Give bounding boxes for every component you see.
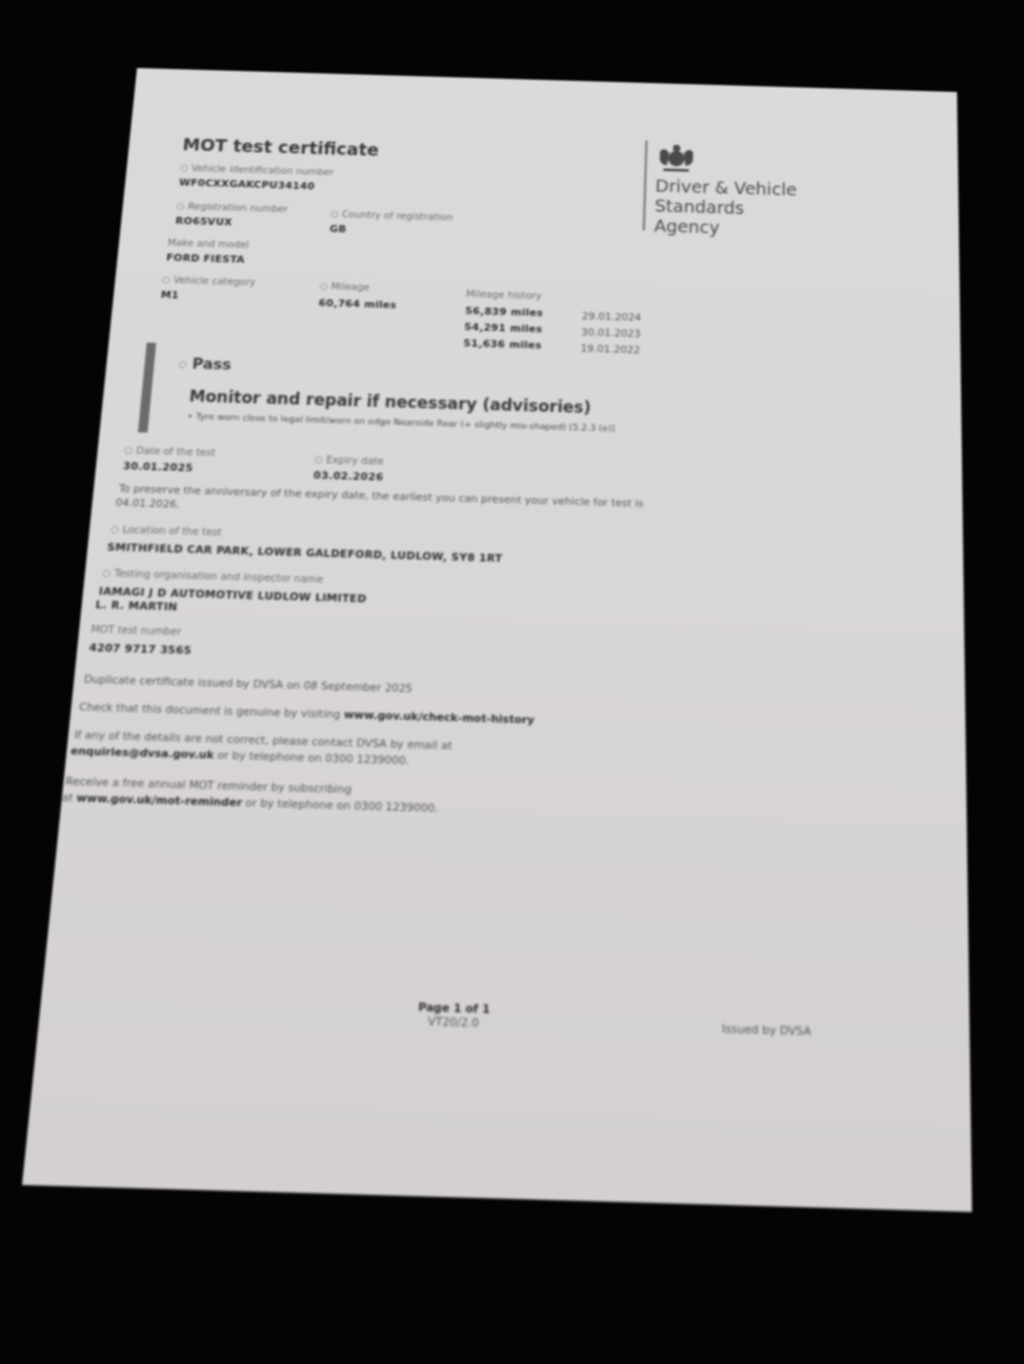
royal-crest-icon bbox=[656, 143, 697, 175]
make-model-label: Make and model bbox=[167, 238, 249, 251]
info-icon bbox=[180, 165, 188, 172]
result-status: Pass bbox=[178, 354, 232, 373]
expiry-date-label: Expiry date bbox=[314, 454, 384, 467]
info-icon bbox=[314, 456, 322, 464]
dvsa-logo-divider bbox=[643, 141, 648, 231]
vin-value: WF0CXXGAKCPU34140 bbox=[179, 177, 315, 192]
info-icon bbox=[179, 360, 187, 368]
form-code: VT20/2.0 bbox=[401, 1014, 505, 1031]
info-icon bbox=[124, 447, 132, 455]
test-number-label: MOT test number bbox=[90, 624, 181, 638]
inspector-name: L. R. MARTIN bbox=[95, 598, 178, 613]
page-footer-center: Page 1 of 1 VT20/2.0 bbox=[401, 1000, 506, 1031]
country-label: Country of registration bbox=[330, 209, 453, 223]
mileage-history-label: Mileage history bbox=[466, 289, 542, 302]
contact-email-link[interactable]: enquiries@dvsa.gov.uk bbox=[70, 744, 214, 761]
check-mot-history-link[interactable]: www.gov.uk/check-mot-history bbox=[343, 708, 534, 726]
result-status-bar bbox=[138, 343, 156, 433]
registration-value: RO65VUX bbox=[175, 215, 233, 228]
mileage-history-date-0: 29.01.2024 bbox=[582, 310, 642, 323]
certificate-title: MOT test certificate bbox=[182, 136, 380, 161]
mot-reminder-link[interactable]: www.gov.uk/mot-reminder bbox=[76, 791, 243, 809]
info-icon bbox=[331, 211, 339, 218]
info-icon bbox=[111, 526, 120, 534]
expiry-date-value: 03.02.2026 bbox=[313, 469, 384, 483]
location-value: SMITHFIELD CAR PARK, LOWER GALDEFORD, LU… bbox=[107, 541, 503, 565]
reminder-note-line2: at www.gov.uk/mot-reminder or by telepho… bbox=[61, 791, 439, 815]
mileage-value: 60,764 miles bbox=[318, 297, 397, 311]
mileage-history-miles-2: 51,636 miles bbox=[463, 337, 542, 351]
country-value: GB bbox=[329, 223, 347, 235]
duplicate-note: Duplicate certificate issued by DVSA on … bbox=[83, 673, 413, 695]
mileage-label: Mileage bbox=[319, 281, 369, 293]
test-date-label: Date of the test bbox=[124, 445, 216, 459]
info-icon bbox=[102, 570, 111, 578]
mot-certificate-sheet: MOT test certificate Vehicle identificat… bbox=[22, 68, 972, 1212]
mileage-history-miles-0: 56,839 miles bbox=[465, 305, 544, 319]
issued-by: Issued by DVSA bbox=[722, 1022, 811, 1039]
mileage-history-date-1: 30.01.2023 bbox=[581, 326, 641, 339]
mileage-history-miles-1: 54,291 miles bbox=[464, 321, 543, 335]
info-icon bbox=[162, 276, 170, 283]
location-label: Location of the test bbox=[110, 524, 222, 539]
info-icon bbox=[320, 283, 328, 290]
test-number-value: 4207 9717 3565 bbox=[89, 641, 193, 657]
test-date-value: 30.01.2025 bbox=[122, 460, 193, 474]
anniversary-date: 04.01.2026. bbox=[115, 496, 181, 510]
info-icon bbox=[176, 203, 184, 210]
mileage-history-date-2: 19.01.2022 bbox=[580, 343, 640, 356]
check-genuine-note: Check that this document is genuine by v… bbox=[79, 700, 535, 726]
category-label: Vehicle category bbox=[162, 275, 256, 288]
registration-label: Registration number bbox=[176, 201, 288, 215]
tester-label: Testing organisation and inspector name bbox=[102, 568, 324, 586]
dvsa-name: Driver & Vehicle Standards Agency bbox=[654, 177, 797, 241]
vin-label: Vehicle identification number bbox=[180, 163, 334, 178]
category-value: M1 bbox=[160, 289, 179, 301]
make-model-value: FORD FIESTA bbox=[166, 252, 245, 266]
page-number: Page 1 of 1 bbox=[402, 1000, 506, 1017]
anniversary-note: To preserve the anniversary of the expir… bbox=[118, 482, 643, 509]
